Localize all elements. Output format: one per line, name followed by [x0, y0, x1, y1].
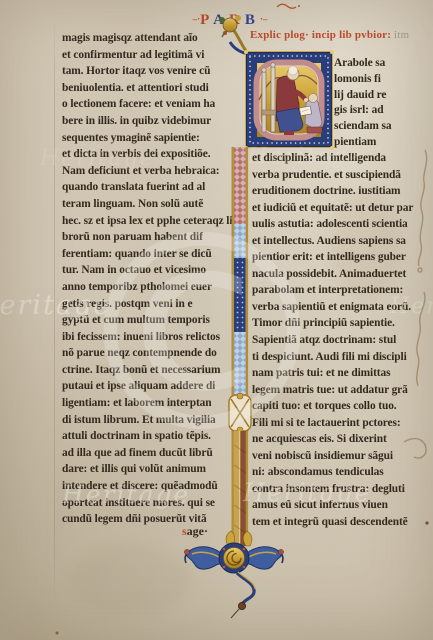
manuscript-page-photo: –·PARB·– Explic plog· incip lib pvbior: … [0, 0, 433, 640]
photo-vignette [0, 0, 433, 640]
